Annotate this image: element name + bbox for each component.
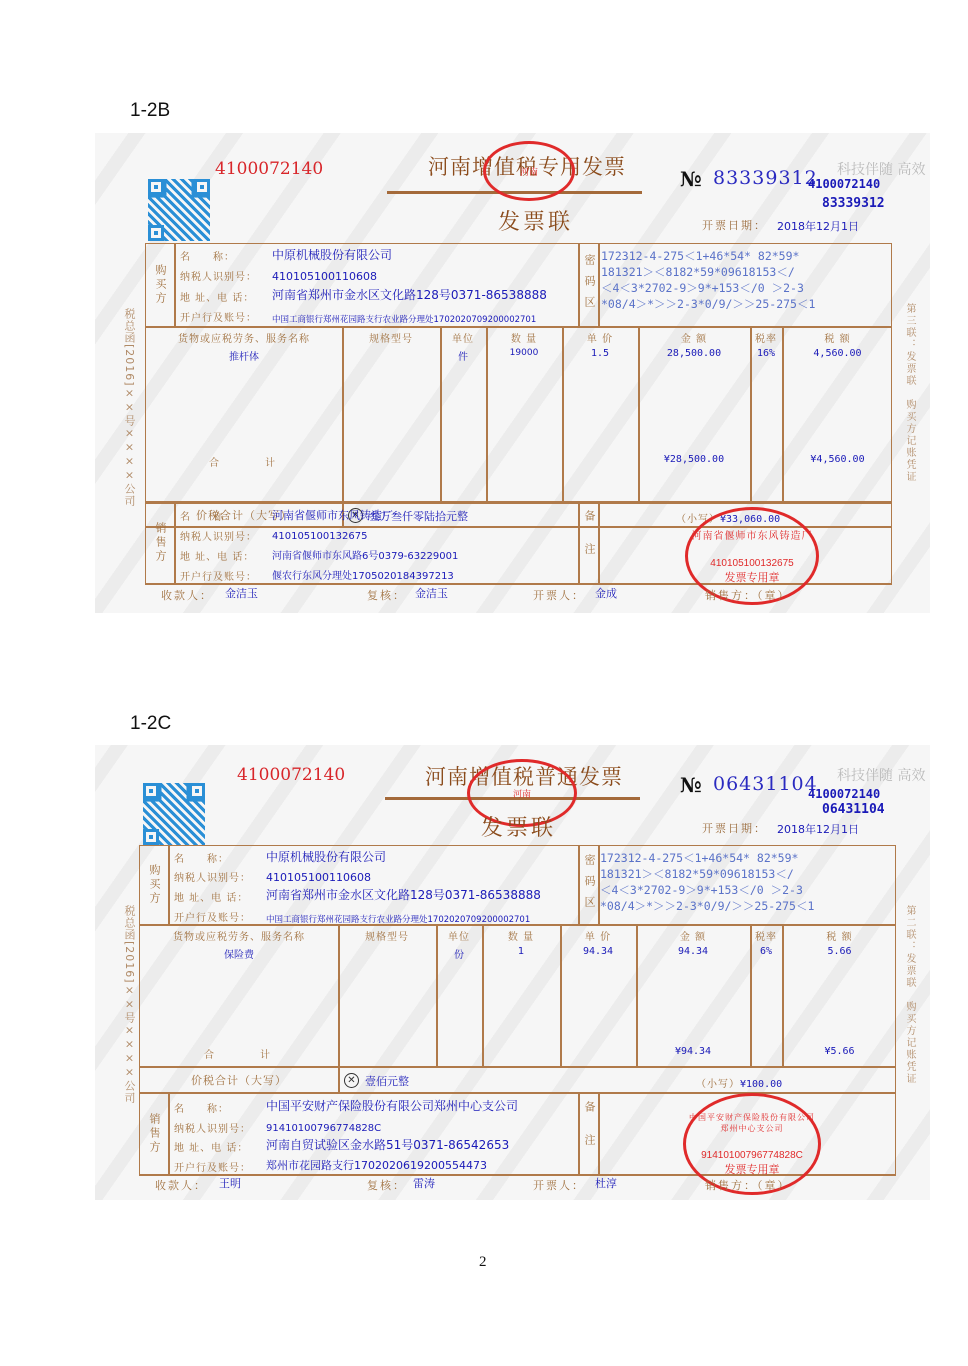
invoice-code-red: 4100072140 bbox=[237, 765, 345, 785]
drawer-value: 金成 bbox=[595, 585, 617, 601]
item-tax: 4,560.00 bbox=[782, 348, 893, 359]
remark-label: 备注 bbox=[581, 510, 597, 576]
invoice-code-line2: 06431104 bbox=[822, 802, 885, 817]
col-header-amount: 金 额 bbox=[636, 928, 750, 943]
invoice-code-line1: 4100072140 bbox=[808, 787, 880, 801]
grand-total-words: 壹佰元整 bbox=[365, 1075, 409, 1088]
col-header-qty: 数 量 bbox=[486, 330, 562, 345]
col-header-price: 单 价 bbox=[562, 330, 638, 345]
seller-address: 河南省偃师市东风路6号0379-63229001 bbox=[272, 551, 458, 562]
buyer-bank-label: 开户行及账号： bbox=[174, 913, 251, 924]
buyer-taxid: 410105100110608 bbox=[266, 871, 371, 884]
remark-label: 备注 bbox=[581, 1101, 597, 1167]
buyer-taxid: 410105100110608 bbox=[272, 270, 377, 283]
corner-watermark: 科技伴随 高效 bbox=[837, 159, 925, 179]
invoice-no-value: 83339312 bbox=[713, 167, 818, 189]
buyer-name: 中原机械股份有限公司 bbox=[266, 850, 386, 864]
reviewer-label: 复核： bbox=[367, 587, 406, 603]
cipher-area: 172312-4-275＜1+46*54* 82*59*181321＞＜8182… bbox=[600, 850, 814, 914]
buyer-bank: 中国工商银行郑州花园路支行农业路分理处1702020709200002701 bbox=[272, 315, 536, 325]
payee-value: 王明 bbox=[219, 1175, 241, 1191]
cipher-label: 密码区 bbox=[581, 854, 597, 917]
invoice-code-red: 4100072140 bbox=[215, 159, 323, 179]
invoice-1-2b: 4100072140 河南增值税专用发票 河南 发票联 № 83339312 科… bbox=[95, 133, 930, 613]
total-amount: ¥94.34 bbox=[636, 1046, 750, 1057]
invoice-copy-name: 发票联 bbox=[498, 205, 573, 236]
buyer-address: 河南省郑州市金水区文化路128号0371-86538888 bbox=[266, 888, 541, 902]
drawer-label: 开票人： bbox=[533, 587, 585, 603]
total-tax: ¥4,560.00 bbox=[782, 454, 893, 465]
seller-bank-label: 开户行及账号： bbox=[180, 572, 257, 583]
invoice-no-symbol: № bbox=[680, 773, 702, 797]
seller-address-label: 地 址、电 话： bbox=[180, 552, 254, 563]
item-price: 1.5 bbox=[562, 348, 638, 359]
item-price: 94.34 bbox=[560, 946, 636, 957]
item-rate: 16% bbox=[750, 348, 782, 359]
left-side-text: 税总函[2016]××号××××公司 bbox=[121, 905, 137, 1104]
col-header-unit: 单位 bbox=[436, 928, 482, 943]
item-amount: 28,500.00 bbox=[638, 348, 750, 359]
item-amount: 94.34 bbox=[636, 946, 750, 957]
col-header-amount: 金 额 bbox=[638, 330, 750, 345]
right-side-text: 第二联：发票联 购买方记账凭证 bbox=[903, 905, 915, 1115]
item-name: 推杆体 bbox=[146, 348, 342, 363]
item-unit: 件 bbox=[440, 348, 486, 363]
col-header-unit: 单位 bbox=[440, 330, 486, 345]
item-unit: 份 bbox=[436, 946, 482, 961]
qr-code-icon bbox=[143, 783, 205, 845]
col-header-rate: 税率 bbox=[750, 928, 782, 943]
total-amount: ¥28,500.00 bbox=[638, 454, 750, 465]
tax-stamp-middle: 河南 bbox=[520, 165, 538, 178]
tax-stamp-middle: 河南 bbox=[513, 787, 531, 800]
cipher-area: 172312-4-275＜1+46*54* 82*59*181321＞＜8182… bbox=[601, 248, 815, 312]
seller-taxid-label: 纳税人识别号： bbox=[180, 532, 257, 543]
qr-code-icon bbox=[148, 179, 210, 241]
seller-bank: 偃农行东风分理处1705020184397213 bbox=[272, 571, 454, 582]
seller-name-label: 名 称： bbox=[174, 1104, 229, 1115]
col-header-qty: 数 量 bbox=[482, 928, 560, 943]
invoice-code-line1: 4100072140 bbox=[808, 177, 880, 191]
seller-sign-label: 销售方：（章） bbox=[705, 1177, 791, 1193]
invoice-no-value: 06431104 bbox=[713, 773, 818, 795]
total-label: 合 计 bbox=[140, 1046, 338, 1061]
drawer-label: 开票人： bbox=[533, 1177, 585, 1193]
col-header-spec: 规格型号 bbox=[342, 330, 440, 345]
total-label: 合 计 bbox=[146, 454, 342, 469]
item-tax: 5.66 bbox=[782, 946, 897, 957]
col-header-tax: 税 额 bbox=[782, 928, 897, 943]
payee-label: 收款人： bbox=[161, 587, 213, 603]
reviewer-value: 雷涛 bbox=[413, 1175, 435, 1191]
seller-address-label: 地 址、电 话： bbox=[174, 1143, 248, 1154]
section-label-1-2b: 1-2B bbox=[130, 100, 170, 122]
date-label: 开票日期： bbox=[702, 820, 767, 836]
seller-name-label: 名 称： bbox=[180, 512, 235, 523]
buyer-address: 河南省郑州市金水区文化路128号0371-86538888 bbox=[272, 288, 547, 302]
col-header-tax: 税 额 bbox=[782, 330, 893, 345]
date-value: 2018年12月1日 bbox=[777, 218, 859, 234]
seller-taxid-label: 纳税人识别号： bbox=[174, 1124, 251, 1135]
left-side-text: 税总函[2016]××号××××公司 bbox=[121, 308, 137, 507]
buyer-section-label: 购买方 bbox=[146, 864, 162, 906]
seller-name: 中国平安财产保险股份有限公司郑州中心支公司 bbox=[266, 1099, 518, 1113]
date-value: 2018年12月1日 bbox=[777, 821, 859, 837]
seller-section-label: 销售方 bbox=[146, 1113, 162, 1155]
payee-value: 金洁玉 bbox=[225, 585, 258, 601]
reviewer-value: 金洁玉 bbox=[415, 585, 448, 601]
item-rate: 6% bbox=[750, 946, 782, 957]
total-tax: ¥5.66 bbox=[782, 1046, 897, 1057]
drawer-value: 杜淳 bbox=[595, 1175, 617, 1191]
seller-taxid: 91410100796774828C bbox=[266, 1123, 381, 1134]
seller-bank-label: 开户行及账号： bbox=[174, 1163, 251, 1174]
invoice-1-2c: 4100072140 河南增值税普通发票 河南 发票联 № 06431104 科… bbox=[95, 745, 930, 1200]
corner-watermark: 科技伴随 高效 bbox=[837, 765, 925, 785]
buyer-taxid-label: 纳税人识别号： bbox=[174, 873, 251, 884]
col-header-price: 单 价 bbox=[560, 928, 636, 943]
item-qty: 1 bbox=[482, 946, 560, 957]
item-qty: 19000 bbox=[486, 348, 562, 358]
close-circle-icon: ✕ bbox=[344, 1073, 359, 1088]
invoice-code-line2: 83339312 bbox=[822, 196, 885, 211]
col-header-name: 货物或应税劳务、服务名称 bbox=[140, 928, 338, 943]
tax-bureau-stamp: 河南 bbox=[483, 141, 575, 201]
date-label: 开票日期： bbox=[702, 217, 767, 233]
buyer-name: 中原机械股份有限公司 bbox=[272, 248, 392, 262]
seller-bank: 郑州市花园路支行1702020619200554473 bbox=[266, 1159, 487, 1172]
col-header-spec: 规格型号 bbox=[338, 928, 436, 943]
seller-name: 河南省偃师市东风铸造厂 bbox=[272, 509, 393, 522]
invoice-copy-name: 发票联 bbox=[481, 811, 556, 842]
reviewer-label: 复核： bbox=[367, 1177, 406, 1193]
payee-label: 收款人： bbox=[155, 1177, 207, 1193]
seller-sign-label: 销售方：（章） bbox=[705, 587, 791, 603]
seller-address: 河南自贸试验区金水路51号0371-86542653 bbox=[266, 1138, 509, 1152]
seller-taxid: 410105100132675 bbox=[272, 531, 367, 542]
grand-total-label: 价税合计（大写） bbox=[140, 1072, 338, 1088]
item-name: 保险费 bbox=[140, 946, 338, 961]
invoice-no-symbol: № bbox=[680, 167, 702, 191]
right-side-text: 第三联：发票联 购买方记账凭证 bbox=[903, 303, 915, 513]
buyer-address-label: 地 址、电 话： bbox=[174, 893, 248, 904]
grand-small-label: （小写） bbox=[696, 1079, 740, 1090]
col-header-rate: 税率 bbox=[750, 330, 782, 345]
buyer-name-label: 名 称： bbox=[174, 854, 229, 865]
seller-section-label: 销售方 bbox=[152, 522, 168, 564]
buyer-taxid-label: 纳税人识别号： bbox=[180, 272, 257, 283]
col-header-name: 货物或应税劳务、服务名称 bbox=[146, 330, 342, 345]
buyer-name-label: 名 称： bbox=[180, 252, 235, 263]
cipher-label: 密码区 bbox=[581, 254, 597, 317]
buyer-address-label: 地 址、电 话： bbox=[180, 293, 254, 304]
buyer-section-label: 购买方 bbox=[152, 264, 168, 306]
page-number: 2 bbox=[479, 1254, 487, 1271]
grand-small-value: ¥100.00 bbox=[740, 1079, 782, 1090]
section-label-1-2c: 1-2C bbox=[130, 713, 171, 735]
buyer-bank-label: 开户行及账号： bbox=[180, 313, 257, 324]
